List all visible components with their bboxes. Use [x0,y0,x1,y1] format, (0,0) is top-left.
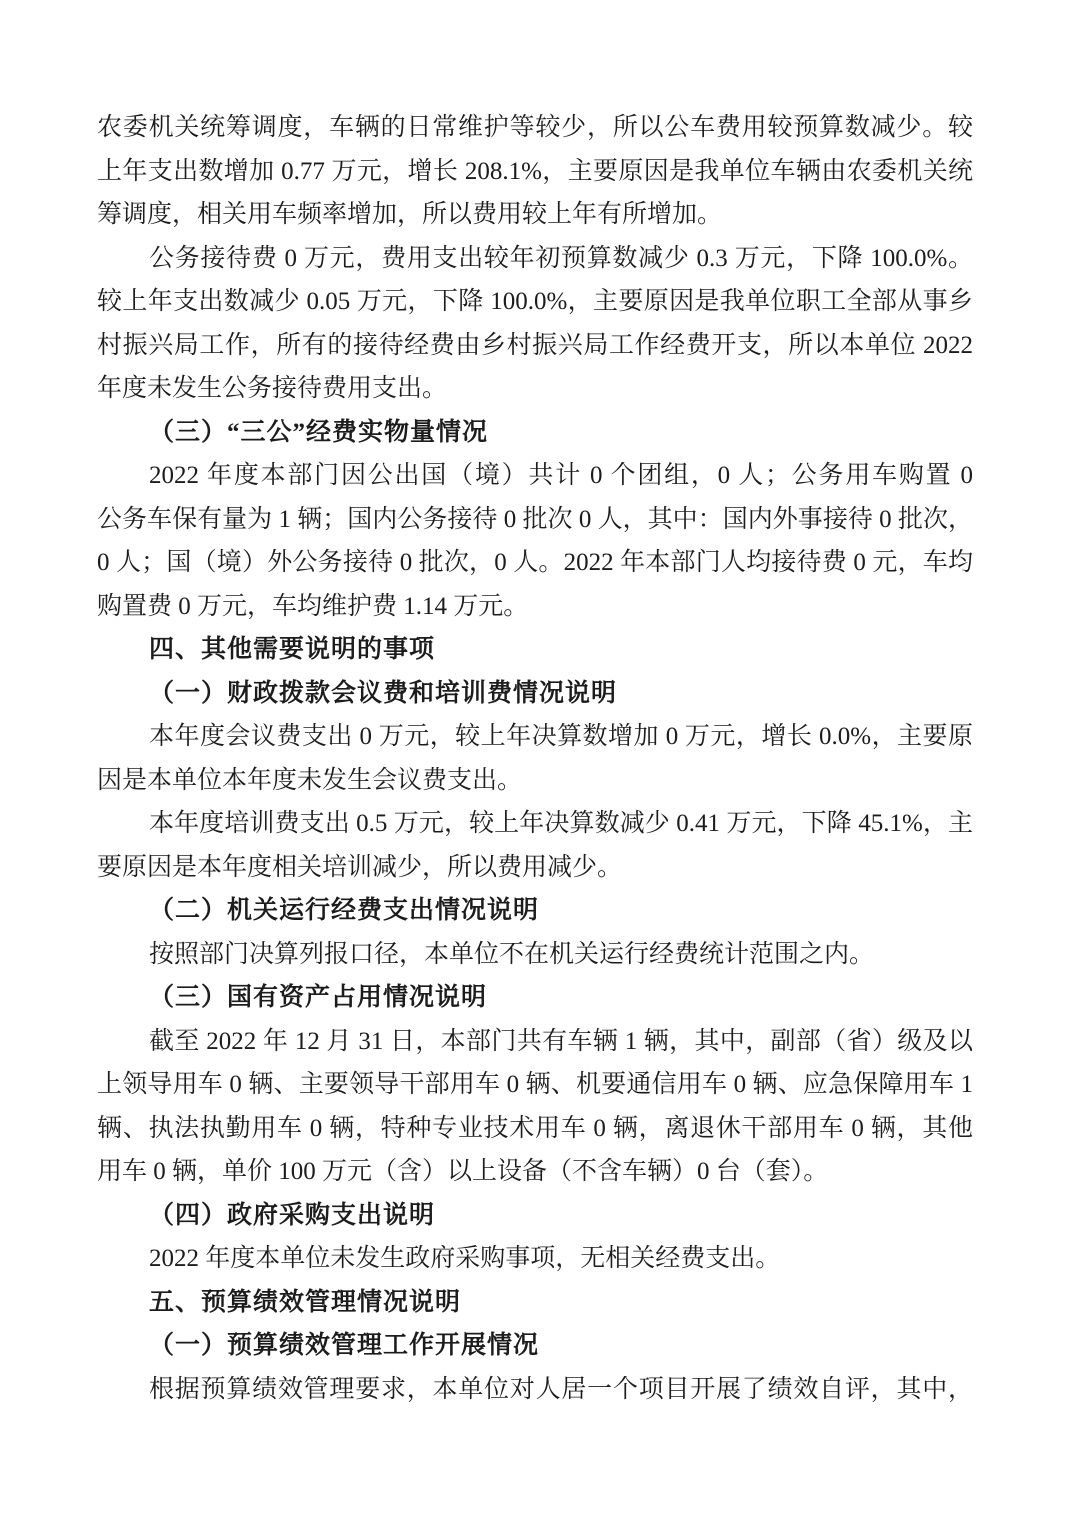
text-line: 公务接待费 0 万元，费用支出较年初预算数减少 0.3 万元，下降 100.0%… [97,237,973,281]
text-line: 本年度培训费支出 0.5 万元，较上年决算数减少 0.41 万元，下降 45.1… [97,802,973,846]
text-line: 公务车保有量为 1 辆；国内公务接待 0 批次 0 人，其中：国内外事接待 0 … [97,498,973,542]
heading-line: （三）国有资产占用情况说明 [97,976,973,1020]
heading-line: （一）财政拨款会议费和培训费情况说明 [97,672,973,716]
text-line: 本年度会议费支出 0 万元，较上年决算数增加 0 万元，增长 0.0%，主要原 [97,715,973,759]
text-line: 2022 年度本单位未发生政府采购事项，无相关经费支出。 [97,1237,973,1281]
text-line: 截至 2022 年 12 月 31 日，本部门共有车辆 1 辆，其中，副部（省）… [97,1020,973,1064]
document-body: 农委机关统筹调度，车辆的日常维护等较少，所以公车费用较预算数减少。较上年支出数增… [97,106,973,1411]
heading-line: 五、预算绩效管理情况说明 [97,1281,973,1325]
text-line: 村振兴局工作，所有的接待经费由乡村振兴局工作经费开支，所以本单位 2022 [97,324,973,368]
heading-line: （一）预算绩效管理工作开展情况 [97,1324,973,1368]
document-page: 农委机关统筹调度，车辆的日常维护等较少，所以公车费用较预算数减少。较上年支出数增… [0,0,1074,1520]
text-line: 因是本单位本年度未发生会议费支出。 [97,759,973,803]
text-line: 农委机关统筹调度，车辆的日常维护等较少，所以公车费用较预算数减少。较 [97,106,973,150]
heading-line: （三）“三公”经费实物量情况 [97,411,973,455]
heading-line: （四）政府采购支出说明 [97,1194,973,1238]
text-line: 购置费 0 万元，车均维护费 1.14 万元。 [97,585,973,629]
heading-line: （二）机关运行经费支出情况说明 [97,889,973,933]
text-line: 按照部门决算列报口径，本单位不在机关运行经费统计范围之内。 [97,933,973,977]
text-line: 上年支出数增加 0.77 万元，增长 208.1%，主要原因是我单位车辆由农委机… [97,150,973,194]
text-line: 年度未发生公务接待费用支出。 [97,367,973,411]
text-line: 根据预算绩效管理要求，本单位对人居一个项目开展了绩效自评，其中， [97,1368,973,1412]
text-line: 筹调度，相关用车频率增加，所以费用较上年有所增加。 [97,193,973,237]
text-line: 要原因是本年度相关培训减少，所以费用减少。 [97,846,973,890]
text-line: 0 人；国（境）外公务接待 0 批次，0 人。2022 年本部门人均接待费 0 … [97,541,973,585]
text-line: 较上年支出数减少 0.05 万元，下降 100.0%，主要原因是我单位职工全部从… [97,280,973,324]
text-line: 上领导用车 0 辆、主要领导干部用车 0 辆、机要通信用车 0 辆、应急保障用车… [97,1063,973,1107]
text-line: 用车 0 辆，单价 100 万元（含）以上设备（不含车辆）0 台（套）。 [97,1150,973,1194]
text-line: 辆、执法执勤用车 0 辆，特种专业技术用车 0 辆，离退休干部用车 0 辆，其他 [97,1107,973,1151]
text-line: 2022 年度本部门因公出国（境）共计 0 个团组，0 人；公务用车购置 0 辆… [97,454,973,498]
heading-line: 四、其他需要说明的事项 [97,628,973,672]
